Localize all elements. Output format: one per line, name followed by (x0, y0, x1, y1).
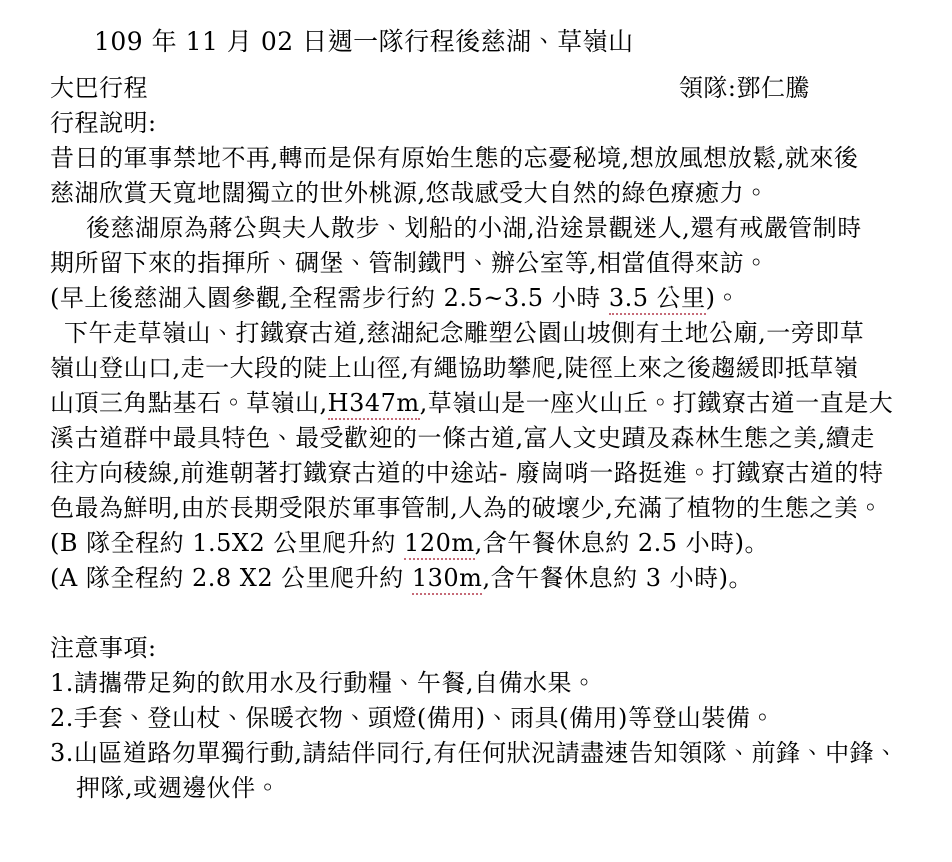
afternoon-line-3-text: 山頂三角點基石。草嶺山, (50, 389, 328, 417)
trip-type-label: 大巴行程 (50, 71, 148, 106)
team-a-text: (A 隊全程約 2.8 X2 公里爬升約 (50, 564, 412, 592)
team-a-elevation-highlight: 130m (412, 564, 483, 595)
team-b-elevation-highlight: 120m (404, 529, 475, 560)
morning-summary-close: )。 (706, 284, 740, 312)
itinerary-afternoon-line-5: 往方向稜線,前進朝著打鐵寮古道的中途站- 廢崗哨一路挺進。打鐵寮古道的特 (50, 456, 918, 491)
afternoon-line-3-rest: ,草嶺山是一座火山丘。打鐵寮古道一直是大 (420, 389, 894, 417)
note-item-3-line-2: 押隊,或週邊伙伴。 (50, 771, 918, 806)
itinerary-intro-line-2: 慈湖欣賞天寬地闊獨立的世外桃源,悠哉感受大自然的綠色療癒力。 (50, 176, 918, 211)
itinerary-lake-line-2: 期所留下來的指揮所、碉堡、管制鐵門、辦公室等,相當值得來訪。 (50, 246, 918, 281)
team-a-summary: (A 隊全程約 2.8 X2 公里爬升約 130m,含午餐休息約 3 小時)。 (50, 561, 918, 596)
morning-distance-highlight: 3.5 公里 (609, 284, 706, 315)
itinerary-afternoon-line-2: 嶺山登山口,走一大段的陡上山徑,有繩協助攀爬,陡徑上來之後趨緩即抵草嶺 (50, 351, 918, 386)
notes-heading: 注意事項: (50, 631, 918, 666)
morning-summary-text: (早上後慈湖入園參觀,全程需步行約 2.5~3.5 小時 (50, 284, 609, 312)
note-item-1: 1.請攜帶足夠的飲用水及行動糧、午餐,自備水果。 (50, 666, 918, 701)
itinerary-heading: 行程說明: (50, 106, 918, 141)
team-b-text: (B 隊全程約 1.5X2 公里爬升約 (50, 529, 404, 557)
itinerary-afternoon-line-1: 下午走草嶺山、打鐵寮古道,慈湖紀念雕塑公園山坡側有土地公廟,一旁即草 (50, 316, 918, 351)
itinerary-afternoon-line-6: 色最為鮮明,由於長期受限於軍事管制,人為的破壞少,充滿了植物的生態之美。 (50, 491, 918, 526)
itinerary-morning-summary: (早上後慈湖入園參觀,全程需步行約 2.5~3.5 小時 3.5 公里)。 (50, 281, 918, 316)
blank-line (50, 596, 918, 631)
note-item-3-line-1: 3.山區道路勿單獨行動,請結伴同行,有任何狀況請盡速告知領隊、前鋒、中鋒、 (50, 736, 918, 771)
itinerary-afternoon-line-3: 山頂三角點基石。草嶺山,H347m,草嶺山是一座火山丘。打鐵寮古道一直是大 (50, 386, 918, 421)
itinerary-afternoon-line-4: 溪古道群中最具特色、最受歡迎的一條古道,富人文史蹟及森林生態之美,續走 (50, 421, 918, 456)
note-item-2: 2.手套、登山杖、保暖衣物、頭燈(備用)、雨具(備用)等登山裝備。 (50, 701, 918, 736)
summit-height-highlight: H347m (328, 389, 420, 420)
team-a-rest: ,含午餐休息約 3 小時)。 (482, 564, 753, 592)
page-title: 109 年 11 月 02 日週一隊行程後慈湖、草嶺山 (50, 24, 918, 59)
itinerary-intro-line-1: 昔日的軍事禁地不再,轉而是保有原始生態的忘憂秘境,想放風想放鬆,就來後 (50, 141, 918, 176)
header-row: 大巴行程 領隊:鄧仁騰 (50, 71, 918, 106)
team-b-rest: ,含午餐休息約 2.5 小時)。 (475, 529, 769, 557)
leader-label: 領隊:鄧仁騰 (679, 71, 810, 106)
document-page: 109 年 11 月 02 日週一隊行程後慈湖、草嶺山 大巴行程 領隊:鄧仁騰 … (0, 0, 952, 862)
team-b-summary: (B 隊全程約 1.5X2 公里爬升約 120m,含午餐休息約 2.5 小時)。 (50, 526, 918, 561)
itinerary-lake-line-1: 後慈湖原為蔣公與夫人散步、划船的小湖,沿途景觀迷人,還有戒嚴管制時 (50, 211, 918, 246)
